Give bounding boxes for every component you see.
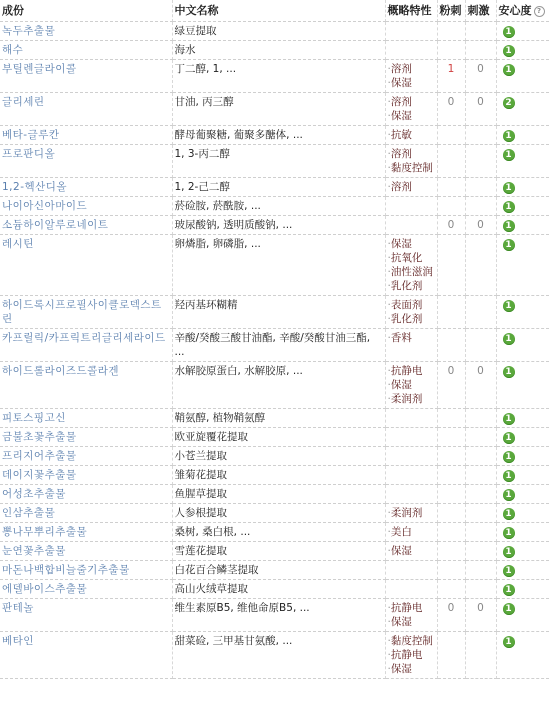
table-row: 레시틴 卵燐脂, 卵磷脂, ... 保湿抗氧化油性滋润乳化剂 1 <box>0 235 549 296</box>
features-cell <box>385 428 437 447</box>
table-row: 부틸렌글라이콜 丁二醇, 1, ... 溶剂保湿 1 0 1 <box>0 60 549 93</box>
safety-badge: 1 <box>503 508 515 520</box>
ingredient-link[interactable]: 녹두추출물 <box>0 22 172 41</box>
feature-tag: 抗氧化 <box>388 251 435 265</box>
features-cell <box>385 216 437 235</box>
irritation-value <box>465 296 496 329</box>
safety-badge: 1 <box>503 636 515 648</box>
acne-value <box>437 542 465 561</box>
ingredient-link[interactable]: 뽕나무뿌리추출물 <box>0 523 172 542</box>
safety-cell: 1 <box>496 235 549 296</box>
chinese-name: 丁二醇, 1, ... <box>172 60 385 93</box>
header-chinese-name: 中文名称 <box>172 0 385 22</box>
irritation-value <box>465 542 496 561</box>
chinese-name: 人参根提取 <box>172 504 385 523</box>
safety-cell: 1 <box>496 447 549 466</box>
header-irritation: 刺激 <box>465 0 496 22</box>
table-row: 베타인 甜菜硷, 三甲基甘氨酸, ... 黏度控制抗静电保湿 1 <box>0 632 549 679</box>
safety-cell: 1 <box>496 216 549 235</box>
acne-value <box>437 296 465 329</box>
features-cell: 保湿 <box>385 542 437 561</box>
acne-value: 0 <box>437 362 465 409</box>
table-row: 인삼추출물 人参根提取 柔润剂 1 <box>0 504 549 523</box>
feature-tag: 乳化剂 <box>388 312 435 326</box>
help-icon[interactable]: ? <box>534 6 545 17</box>
table-row: 나이아신아마이드 菸硷胺, 菸酰胺, ... 1 <box>0 197 549 216</box>
safety-cell: 1 <box>496 485 549 504</box>
table-row: 소듐하이알루로네이트 玻尿酸钠, 透明质酸钠, ... 0 0 1 <box>0 216 549 235</box>
feature-tag: 黏度控制 <box>388 161 435 175</box>
chinese-name: 菸硷胺, 菸酰胺, ... <box>172 197 385 216</box>
safety-cell: 1 <box>496 561 549 580</box>
acne-value <box>437 197 465 216</box>
safety-badge: 1 <box>503 333 515 345</box>
header-safety: 安心度? <box>496 0 549 22</box>
table-row: 녹두추출물 绿豆提取 1 <box>0 22 549 41</box>
features-cell <box>385 41 437 60</box>
features-cell: 抗敏 <box>385 126 437 145</box>
features-cell <box>385 580 437 599</box>
chinese-name: 甜菜硷, 三甲基甘氨酸, ... <box>172 632 385 679</box>
chinese-name: 小苍兰提取 <box>172 447 385 466</box>
table-row: 하이드록시프로필사이클로덱스트린 羟丙基环糊精 表面剂乳化剂 1 <box>0 296 549 329</box>
features-cell: 美白 <box>385 523 437 542</box>
acne-value <box>437 561 465 580</box>
table-row: 프리지어추출물 小苍兰提取 1 <box>0 447 549 466</box>
table-row: 프로판디올 1, 3-丙二醇 溶剂黏度控制 1 <box>0 145 549 178</box>
irritation-value <box>465 447 496 466</box>
chinese-name: 水解胶原蛋白, 水解胶原, ... <box>172 362 385 409</box>
acne-value <box>437 632 465 679</box>
table-row: 해수 海水 1 <box>0 41 549 60</box>
irritation-value <box>465 428 496 447</box>
header-ingredient: 成份 <box>0 0 172 22</box>
irritation-value <box>465 632 496 679</box>
safety-cell: 1 <box>496 599 549 632</box>
features-cell: 香料 <box>385 329 437 362</box>
feature-tag: 保湿 <box>388 662 435 676</box>
safety-badge: 1 <box>503 565 515 577</box>
table-row: 금불초꽃추출물 欧亚旋覆花提取 1 <box>0 428 549 447</box>
ingredient-link[interactable]: 판테놀 <box>0 599 172 632</box>
safety-badge: 1 <box>503 527 515 539</box>
safety-badge: 1 <box>503 546 515 558</box>
chinese-name: 鱼腥草提取 <box>172 485 385 504</box>
acne-value <box>437 235 465 296</box>
chinese-name: 1, 2-己二醇 <box>172 178 385 197</box>
acne-value <box>437 41 465 60</box>
feature-tag: 黏度控制 <box>388 634 435 648</box>
feature-tag: 保湿 <box>388 544 435 558</box>
feature-tag: 保湿 <box>388 76 435 90</box>
safety-badge: 2 <box>503 97 515 109</box>
ingredient-link[interactable]: 레시틴 <box>0 235 172 296</box>
chinese-name: 绿豆提取 <box>172 22 385 41</box>
acne-value <box>437 580 465 599</box>
safety-cell: 1 <box>496 41 549 60</box>
chinese-name: 海水 <box>172 41 385 60</box>
safety-cell: 1 <box>496 362 549 409</box>
safety-cell: 1 <box>496 296 549 329</box>
acne-value: 0 <box>437 93 465 126</box>
ingredient-link[interactable]: 글리세린 <box>0 93 172 126</box>
feature-tag: 抗静电 <box>388 648 435 662</box>
acne-value <box>437 409 465 428</box>
table-row: 에델바이스추출물 高山火绒草提取 1 <box>0 580 549 599</box>
ingredient-link[interactable]: 어성초추출물 <box>0 485 172 504</box>
features-cell: 表面剂乳化剂 <box>385 296 437 329</box>
features-cell: 保湿抗氧化油性滋润乳化剂 <box>385 235 437 296</box>
ingredient-link[interactable]: 에델바이스추출물 <box>0 580 172 599</box>
safety-badge: 1 <box>503 220 515 232</box>
safety-cell: 1 <box>496 580 549 599</box>
features-cell <box>385 447 437 466</box>
irritation-value <box>465 580 496 599</box>
irritation-value <box>465 126 496 145</box>
features-cell: 柔润剂 <box>385 504 437 523</box>
chinese-name: 维生素原B5, 维他命原B5, ... <box>172 599 385 632</box>
features-cell: 溶剂 <box>385 178 437 197</box>
irritation-value <box>465 561 496 580</box>
ingredient-link[interactable]: 베타인 <box>0 632 172 679</box>
irritation-value <box>465 178 496 197</box>
acne-value <box>437 178 465 197</box>
chinese-name: 辛酸/癸酸三酸甘油酯, 辛酸/癸酸甘油三酯, ... <box>172 329 385 362</box>
ingredient-link[interactable]: 소듐하이알루로네이트 <box>0 216 172 235</box>
irritation-value <box>465 485 496 504</box>
chinese-name: 1, 3-丙二醇 <box>172 145 385 178</box>
feature-tag: 保湿 <box>388 109 435 123</box>
chinese-name: 玻尿酸钠, 透明质酸钠, ... <box>172 216 385 235</box>
irritation-value <box>465 523 496 542</box>
chinese-name: 卵燐脂, 卵磷脂, ... <box>172 235 385 296</box>
feature-tag: 乳化剂 <box>388 279 435 293</box>
features-cell: 溶剂保湿 <box>385 93 437 126</box>
feature-tag: 溶剂 <box>388 62 435 76</box>
table-row: 데이지꽃추출물 雏菊花提取 1 <box>0 466 549 485</box>
acne-value <box>437 485 465 504</box>
safety-badge: 1 <box>503 201 515 213</box>
feature-tag: 油性滋润 <box>388 265 435 279</box>
safety-badge: 1 <box>503 149 515 161</box>
features-cell: 黏度控制抗静电保湿 <box>385 632 437 679</box>
table-row: 눈연꽃추출물 雪莲花提取 保湿 1 <box>0 542 549 561</box>
ingredient-link[interactable]: 부틸렌글라이콜 <box>0 60 172 93</box>
safety-cell: 1 <box>496 428 549 447</box>
feature-tag: 保湿 <box>388 378 435 392</box>
chinese-name: 酵母葡聚糖, 葡聚多醣体, ... <box>172 126 385 145</box>
ingredient-link[interactable]: 프로판디올 <box>0 145 172 178</box>
acne-value <box>437 428 465 447</box>
features-cell: 溶剂黏度控制 <box>385 145 437 178</box>
feature-tag: 溶剂 <box>388 180 435 194</box>
feature-tag: 抗静电 <box>388 364 435 378</box>
chinese-name: 雏菊花提取 <box>172 466 385 485</box>
features-cell <box>385 485 437 504</box>
ingredient-link[interactable]: 데이지꽃추출물 <box>0 466 172 485</box>
safety-cell: 1 <box>496 632 549 679</box>
features-cell <box>385 561 437 580</box>
ingredient-link[interactable]: 하이드록시프로필사이클로덱스트린 <box>0 296 172 329</box>
safety-cell: 1 <box>496 178 549 197</box>
chinese-name: 桑树, 桑白根, ... <box>172 523 385 542</box>
irritation-value: 0 <box>465 362 496 409</box>
irritation-value <box>465 409 496 428</box>
chinese-name: 白花百合鳞茎提取 <box>172 561 385 580</box>
irritation-value <box>465 235 496 296</box>
acne-value <box>437 504 465 523</box>
features-cell <box>385 409 437 428</box>
safety-badge: 1 <box>503 45 515 57</box>
safety-badge: 1 <box>503 182 515 194</box>
safety-badge: 1 <box>503 451 515 463</box>
safety-badge: 1 <box>503 239 515 251</box>
acne-value <box>437 145 465 178</box>
acne-value <box>437 22 465 41</box>
safety-badge: 1 <box>503 470 515 482</box>
acne-value <box>437 329 465 362</box>
safety-badge: 1 <box>503 432 515 444</box>
safety-badge: 1 <box>503 64 515 76</box>
safety-badge: 1 <box>503 26 515 38</box>
ingredient-link[interactable]: 1,2-헥산디올 <box>0 178 172 197</box>
irritation-value: 0 <box>465 216 496 235</box>
features-cell <box>385 466 437 485</box>
ingredient-link[interactable]: 카프릴릭/카프릭트리글리세라이드 <box>0 329 172 362</box>
header-acne: 粉刺 <box>437 0 465 22</box>
chinese-name: 鞘氨醇, 植物鞘氨醇 <box>172 409 385 428</box>
irritation-value <box>465 22 496 41</box>
table-row: 카프릴릭/카프릭트리글리세라이드 辛酸/癸酸三酸甘油酯, 辛酸/癸酸甘油三酯, … <box>0 329 549 362</box>
chinese-name: 羟丙基环糊精 <box>172 296 385 329</box>
header-safety-label: 安心度 <box>499 4 532 17</box>
table-row: 어성초추출물 鱼腥草提取 1 <box>0 485 549 504</box>
table-row: 1,2-헥산디올 1, 2-己二醇 溶剂 1 <box>0 178 549 197</box>
acne-value: 0 <box>437 599 465 632</box>
ingredient-link[interactable]: 금불초꽃추출물 <box>0 428 172 447</box>
irritation-value <box>465 329 496 362</box>
ingredient-link[interactable]: 피토스핑고신 <box>0 409 172 428</box>
safety-badge: 1 <box>503 300 515 312</box>
safety-cell: 1 <box>496 126 549 145</box>
feature-tag: 柔润剂 <box>388 506 435 520</box>
safety-badge: 1 <box>503 413 515 425</box>
chinese-name: 雪莲花提取 <box>172 542 385 561</box>
header-features: 概略特性 <box>385 0 437 22</box>
safety-badge: 1 <box>503 584 515 596</box>
safety-cell: 1 <box>496 22 549 41</box>
ingredient-link[interactable]: 마돈나백합비늘줄기추출물 <box>0 561 172 580</box>
features-cell <box>385 22 437 41</box>
feature-tag: 溶剂 <box>388 147 435 161</box>
feature-tag: 表面剂 <box>388 298 435 312</box>
table-body: 녹두추출물 绿豆提取 1 해수 海水 1 부틸렌글라이콜 丁二醇, 1, ...… <box>0 22 549 679</box>
features-cell <box>385 197 437 216</box>
irritation-value: 0 <box>465 599 496 632</box>
safety-badge: 1 <box>503 603 515 615</box>
safety-cell: 1 <box>496 329 549 362</box>
irritation-value <box>465 197 496 216</box>
ingredient-table: 成份 中文名称 概略特性 粉刺 刺激 安心度? 녹두추출물 绿豆提取 1 해수 … <box>0 0 549 679</box>
table-row: 마돈나백합비늘줄기추출물 白花百合鳞茎提取 1 <box>0 561 549 580</box>
acne-value <box>437 447 465 466</box>
irritation-value <box>465 41 496 60</box>
ingredient-link[interactable]: 프리지어추출물 <box>0 447 172 466</box>
acne-value: 1 <box>437 60 465 93</box>
irritation-value <box>465 504 496 523</box>
features-cell: 溶剂保湿 <box>385 60 437 93</box>
feature-tag: 抗静电 <box>388 601 435 615</box>
chinese-name: 甘油, 丙三醇 <box>172 93 385 126</box>
feature-tag: 保湿 <box>388 237 435 251</box>
safety-cell: 1 <box>496 466 549 485</box>
safety-badge: 1 <box>503 130 515 142</box>
irritation-value <box>465 466 496 485</box>
ingredient-link[interactable]: 인삼추출물 <box>0 504 172 523</box>
feature-tag: 溶剂 <box>388 95 435 109</box>
features-cell: 抗静电保湿柔润剂 <box>385 362 437 409</box>
table-row: 하이드롤라이즈드콜라겐 水解胶原蛋白, 水解胶原, ... 抗静电保湿柔润剂 0… <box>0 362 549 409</box>
acne-value <box>437 466 465 485</box>
table-row: 뽕나무뿌리추출물 桑树, 桑白根, ... 美白 1 <box>0 523 549 542</box>
table-row: 피토스핑고신 鞘氨醇, 植物鞘氨醇 1 <box>0 409 549 428</box>
irritation-value: 0 <box>465 93 496 126</box>
safety-cell: 1 <box>496 197 549 216</box>
safety-cell: 1 <box>496 542 549 561</box>
features-cell: 抗静电保湿 <box>385 599 437 632</box>
ingredient-link[interactable]: 눈연꽃추출물 <box>0 542 172 561</box>
safety-cell: 1 <box>496 145 549 178</box>
acne-value: 0 <box>437 216 465 235</box>
safety-badge: 1 <box>503 489 515 501</box>
table-row: 판테놀 维生素原B5, 维他命原B5, ... 抗静电保湿 0 0 1 <box>0 599 549 632</box>
ingredient-link[interactable]: 나이아신아마이드 <box>0 197 172 216</box>
acne-value <box>437 126 465 145</box>
safety-cell: 1 <box>496 523 549 542</box>
irritation-value <box>465 145 496 178</box>
ingredient-link[interactable]: 하이드롤라이즈드콜라겐 <box>0 362 172 409</box>
ingredient-link[interactable]: 베타-글루칸 <box>0 126 172 145</box>
irritation-value: 0 <box>465 60 496 93</box>
feature-tag: 美白 <box>388 525 435 539</box>
feature-tag: 抗敏 <box>388 128 435 142</box>
acne-value <box>437 523 465 542</box>
table-row: 베타-글루칸 酵母葡聚糖, 葡聚多醣体, ... 抗敏 1 <box>0 126 549 145</box>
ingredient-link[interactable]: 해수 <box>0 41 172 60</box>
safety-cell: 1 <box>496 60 549 93</box>
feature-tag: 保湿 <box>388 615 435 629</box>
table-row: 글리세린 甘油, 丙三醇 溶剂保湿 0 0 2 <box>0 93 549 126</box>
safety-badge: 1 <box>503 366 515 378</box>
safety-cell: 1 <box>496 504 549 523</box>
feature-tag: 柔润剂 <box>388 392 435 406</box>
safety-cell: 1 <box>496 409 549 428</box>
safety-cell: 2 <box>496 93 549 126</box>
chinese-name: 欧亚旋覆花提取 <box>172 428 385 447</box>
feature-tag: 香料 <box>388 331 435 345</box>
table-header-row: 成份 中文名称 概略特性 粉刺 刺激 安心度? <box>0 0 549 22</box>
chinese-name: 高山火绒草提取 <box>172 580 385 599</box>
